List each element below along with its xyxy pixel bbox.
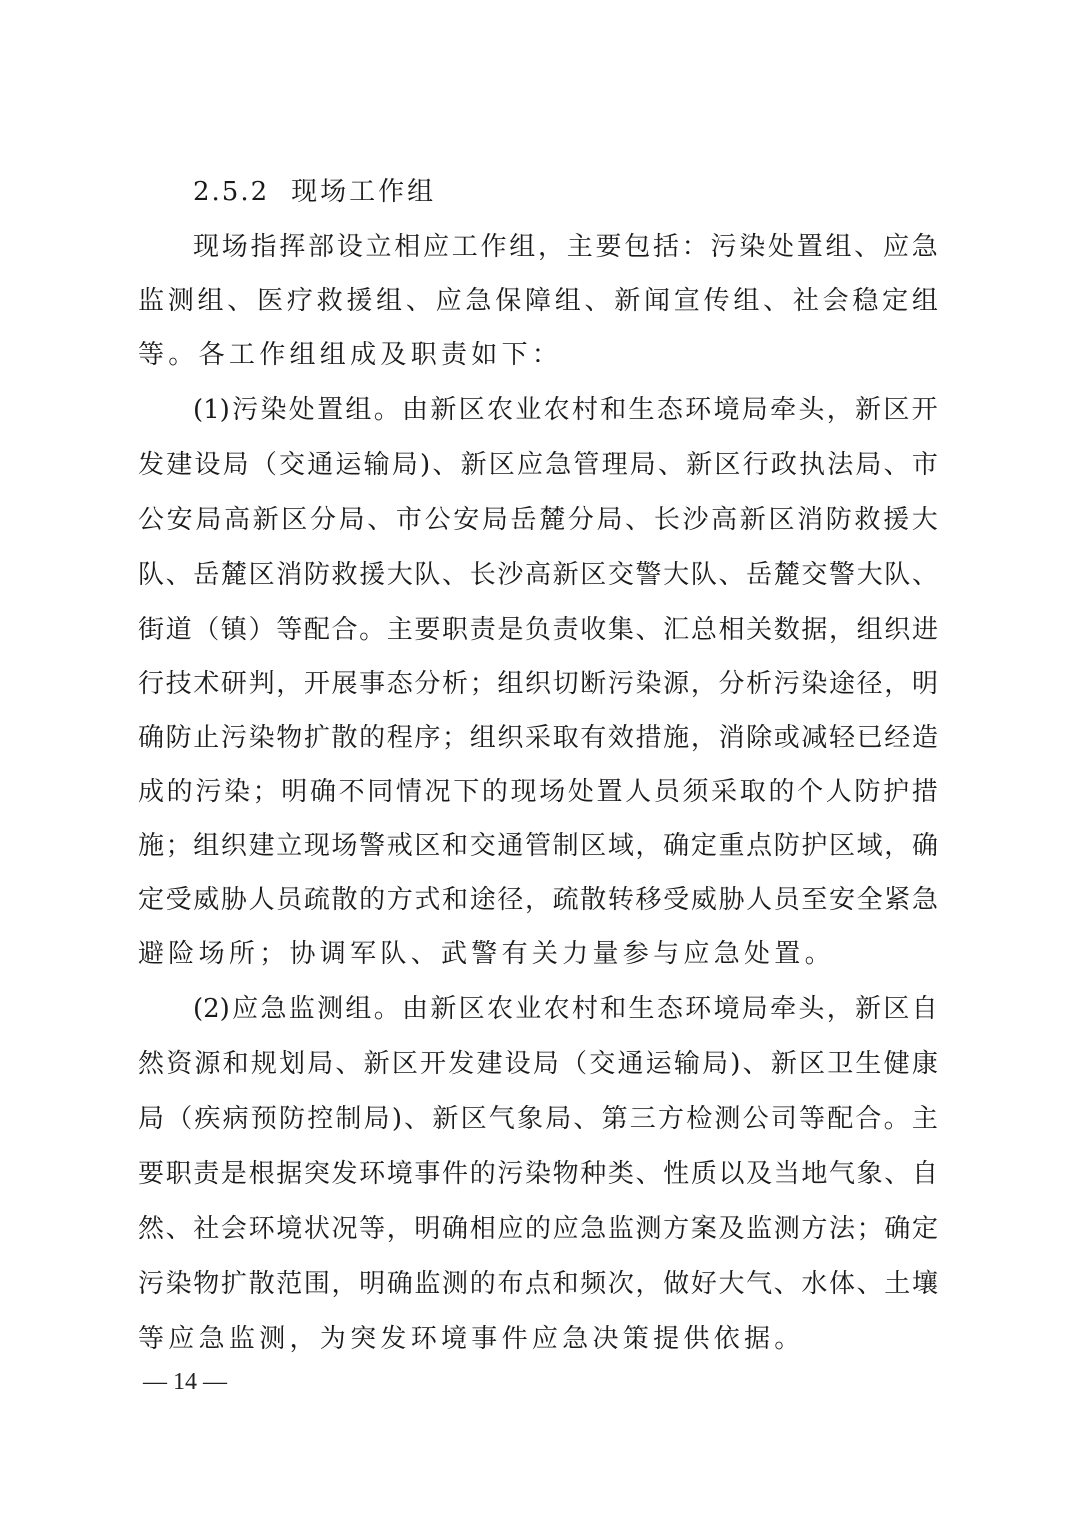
section-heading: 2.5.2现场工作组: [193, 172, 436, 212]
page-number: — 14 —: [143, 1367, 227, 1397]
text-line: 然资源和规划局、新区开发建设局（交通运输局)、新区卫生健康: [138, 1044, 938, 1084]
text-line: 街道（镇）等配合。主要职责是负责收集、汇总相关数据，组织进: [138, 610, 938, 650]
section-title: 现场工作组: [291, 177, 436, 207]
text-line: 确防止污染物扩散的程序；组织采取有效措施，消除或减轻已经造: [138, 718, 938, 758]
document-page: 2.5.2现场工作组 现场指挥部设立相应工作组，主要包括：污染处置组、应急监测组…: [0, 0, 1074, 1520]
text-line: 定受威胁人员疏散的方式和途径，疏散转移受威胁人员至安全紧急: [138, 880, 938, 920]
text-line: 污染物扩散范围，明确监测的布点和频次，做好大气、水体、土壤: [138, 1264, 938, 1304]
text-line: 等应急监测，为突发环境事件应急决策提供依据。: [138, 1319, 938, 1359]
text-line: 要职责是根据突发环境事件的污染物种类、性质以及当地气象、自: [138, 1154, 938, 1194]
section-number: 2.5.2: [193, 177, 269, 207]
text-line: 队、岳麓区消防救援大队、长沙高新区交警大队、岳麓交警大队、: [138, 555, 938, 595]
text-line: 监测组、医疗救援组、应急保障组、新闻宣传组、社会稳定组: [138, 281, 938, 321]
text-line: 发建设局（交通运输局)、新区应急管理局、新区行政执法局、市: [138, 445, 938, 485]
text-line: 成的污染；明确不同情况下的现场处置人员须采取的个人防护措: [138, 772, 938, 812]
text-line: (2)应急监测组。由新区农业农村和生态环境局牵头，新区自: [193, 989, 938, 1029]
text-line: 现场指挥部设立相应工作组，主要包括：污染处置组、应急: [193, 227, 938, 267]
text-line: 行技术研判，开展事态分析；组织切断污染源，分析污染途径，明: [138, 664, 938, 704]
text-line: 等。各工作组组成及职责如下：: [138, 335, 938, 375]
text-line: 施；组织建立现场警戒区和交通管制区域，确定重点防护区域，确: [138, 826, 938, 866]
text-line: 局（疾病预防控制局)、新区气象局、第三方检测公司等配合。主: [138, 1099, 938, 1139]
text-line: 避险场所；协调军队、武警有关力量参与应急处置。: [138, 934, 938, 974]
text-line: 然、社会环境状况等，明确相应的应急监测方案及监测方法；确定: [138, 1209, 938, 1249]
text-line: 公安局高新区分局、市公安局岳麓分局、长沙高新区消防救援大: [138, 500, 938, 540]
text-line: (1)污染处置组。由新区农业农村和生态环境局牵头，新区开: [193, 390, 938, 430]
